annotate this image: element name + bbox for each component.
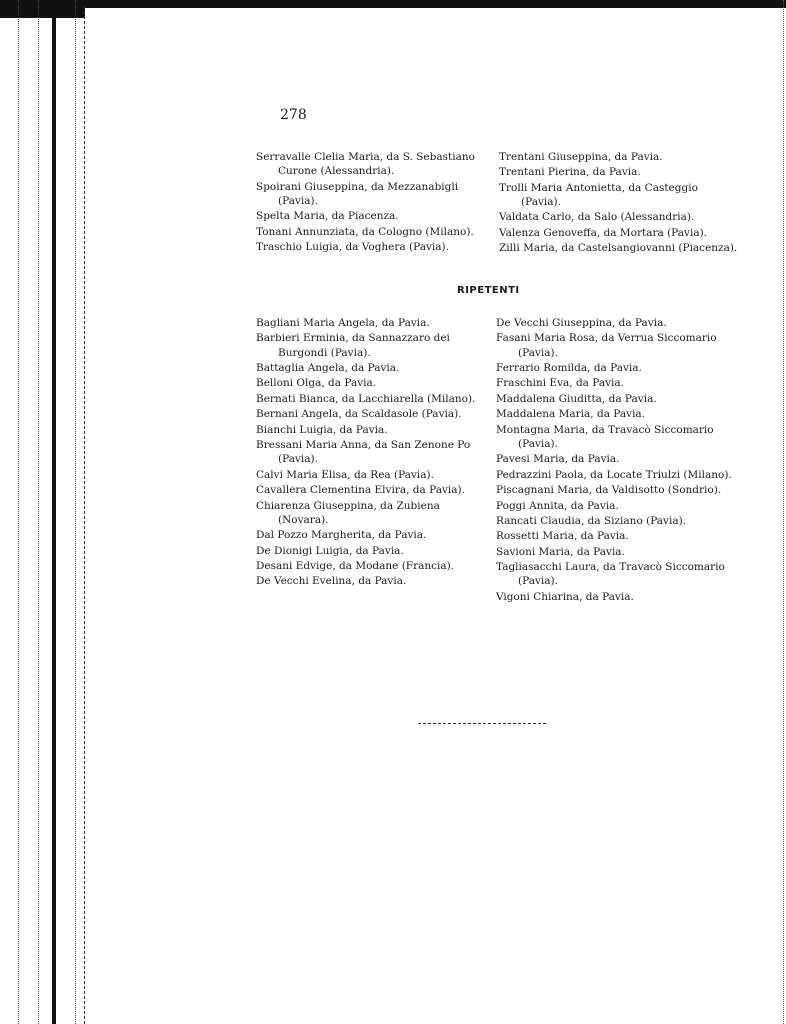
list-item: Fraschini Eva, da Pavia. bbox=[496, 376, 736, 390]
list-item: Savioni Maria, da Pavia. bbox=[496, 545, 736, 559]
list-item: Spoirani Giuseppina, da Mezzanabigli (Pa… bbox=[256, 180, 481, 209]
list-item: Pedrazzini Paola, da Locate Triulzi (Mil… bbox=[496, 468, 736, 482]
list-item: Trentani Giuseppina, da Pavia. bbox=[499, 150, 739, 164]
list-item: Bianchi Luigia, da Pavia. bbox=[256, 423, 481, 437]
section-heading: RIPETENTI bbox=[457, 285, 520, 296]
scan-corner-shadow bbox=[0, 0, 85, 18]
list-item: Bagliani Maria Angela, da Pavia. bbox=[256, 316, 481, 330]
list-item: Maddalena Giuditta, da Pavia. bbox=[496, 392, 736, 406]
list-item: Serravalle Clelia Maria, da S. Sebastian… bbox=[256, 150, 481, 179]
list-item: Bernani Angela, da Scaldasole (Pavia). bbox=[256, 407, 481, 421]
list-item: Rossetti Maria, da Pavia. bbox=[496, 529, 736, 543]
list-item: Fasani Maria Rosa, da Verrua Siccomario … bbox=[496, 331, 736, 360]
list-item: Zilli Maria, da Castelsangiovanni (Piace… bbox=[499, 241, 739, 255]
list-item: Rancati Claudia, da Siziano (Pavia). bbox=[496, 514, 736, 528]
list-item: Spelta Maria, da Piacenza. bbox=[256, 209, 481, 223]
scan-binding-line bbox=[38, 0, 39, 1024]
list-item: De Vecchi Giuseppina, da Pavia. bbox=[496, 316, 736, 330]
list-item: Valenza Genoveffa, da Mortara (Pavia). bbox=[499, 226, 739, 240]
top-left-column: Serravalle Clelia Maria, da S. Sebastian… bbox=[256, 150, 481, 256]
ripetenti-right-column: De Vecchi Giuseppina, da Pavia. Fasani M… bbox=[496, 316, 736, 605]
list-item: Vigoni Chiarina, da Pavia. bbox=[496, 590, 736, 604]
list-item: Bernati Bianca, da Lacchiarella (Milano)… bbox=[256, 392, 481, 406]
list-item: Valdata Carlo, da Salo (Alessandria). bbox=[499, 210, 739, 224]
list-item: Desani Edvige, da Modane (Francia). bbox=[256, 559, 481, 573]
scan-top-edge bbox=[0, 0, 786, 8]
list-item: Chiarenza Giuseppina, da Zubiena (Novara… bbox=[256, 499, 481, 528]
list-item: Pavesi Maria, da Pavia. bbox=[496, 452, 736, 466]
list-item: Ferrario Romilda, da Pavia. bbox=[496, 361, 736, 375]
list-item: Tonani Annunziata, da Cologno (Milano). bbox=[256, 225, 481, 239]
list-item: Poggi Annita, da Pavia. bbox=[496, 499, 736, 513]
list-item: De Vecchi Evelina, da Pavia. bbox=[256, 574, 481, 588]
list-item: Barbieri Erminia, da Sannazzaro dei Burg… bbox=[256, 331, 481, 360]
list-item: Cavallera Clementina Elvira, da Pavia). bbox=[256, 483, 481, 497]
page-left-edge bbox=[84, 6, 86, 1024]
list-item: Battaglia Angela, da Pavia. bbox=[256, 361, 481, 375]
list-item: Trentani Pierina, da Pavia. bbox=[499, 165, 739, 179]
list-item: Traschio Luigia, da Voghera (Pavia). bbox=[256, 240, 481, 254]
list-item: Tagliasacchi Laura, da Travacò Siccomari… bbox=[496, 560, 736, 589]
list-item: Maddalena Maria, da Pavia. bbox=[496, 407, 736, 421]
list-item: Dal Pozzo Margherita, da Pavia. bbox=[256, 528, 481, 542]
list-item: Bressani Maria Anna, da San Zenone Po (P… bbox=[256, 438, 481, 467]
list-item: Calvi Maria Elisa, da Rea (Pavia). bbox=[256, 468, 481, 482]
scan-binding-line bbox=[75, 0, 76, 1024]
scan-binding-line bbox=[18, 0, 19, 1024]
scan-binding-spine bbox=[52, 0, 56, 1024]
list-item: De Dionigi Luigia, da Pavia. bbox=[256, 544, 481, 558]
list-item: Montagna Maria, da Travacò Siccomario (P… bbox=[496, 423, 736, 452]
list-item: Trolli Maria Antonietta, da Casteggio (P… bbox=[499, 181, 739, 210]
page-number: 278 bbox=[280, 107, 307, 123]
top-right-column: Trentani Giuseppina, da Pavia. Trentani … bbox=[499, 150, 739, 257]
list-item: Belloni Olga, da Pavia. bbox=[256, 376, 481, 390]
section-end-rule bbox=[418, 723, 546, 724]
list-item: Piscagnani Maria, da Valdisotto (Sondrio… bbox=[496, 483, 736, 497]
page-right-edge bbox=[783, 0, 785, 1024]
ripetenti-left-column: Bagliani Maria Angela, da Pavia. Barbier… bbox=[256, 316, 481, 590]
